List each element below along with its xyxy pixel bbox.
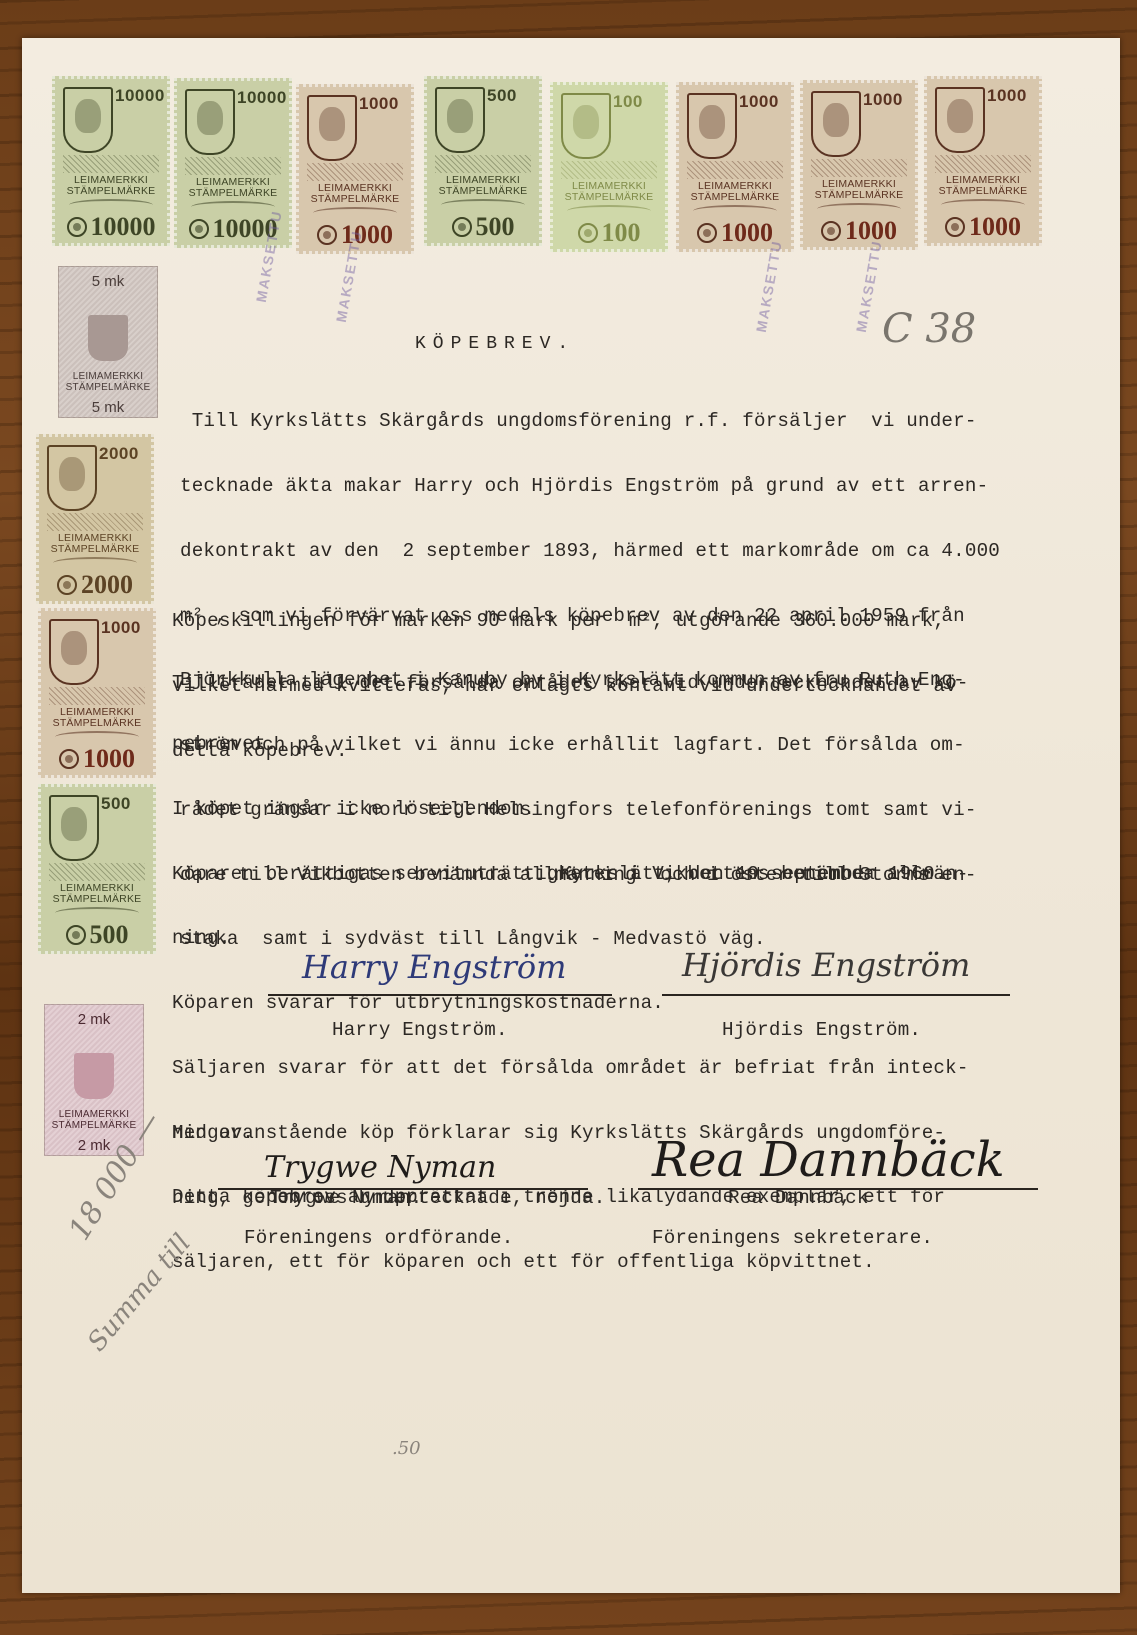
document-page: 10000 LEIMAMERKKI STÄMPELMÄRKE 10000 100… xyxy=(22,38,1120,1593)
typed-name-rea: Rea Dannbäck xyxy=(728,1188,869,1210)
signature-rea: Rea Dannbäck xyxy=(652,1132,1005,1188)
signature-trygwe: Trygwe Nyman xyxy=(264,1150,496,1185)
coat-of-arms-icon xyxy=(811,91,861,157)
coat-of-arms-icon xyxy=(47,445,97,511)
rosette-icon xyxy=(945,217,965,237)
handwritten-reference: C 38 xyxy=(882,306,976,352)
coat-of-arms-icon xyxy=(561,93,611,159)
coat-of-arms-icon xyxy=(49,795,99,861)
pencil-bottom-note: .50 xyxy=(392,1438,421,1459)
revenue-stamp: 100 LEIMAMERKKI STÄMPELMÄRKE 100 xyxy=(550,82,668,252)
coat-of-arms-icon xyxy=(687,93,737,159)
signature-line xyxy=(268,994,612,996)
coat-of-arms-icon xyxy=(74,1053,114,1099)
signature-harry: Harry Engström xyxy=(302,948,566,986)
revenue-stamp-5mk: 5 mk LEIMAMERKKI STÄMPELMÄRKE 5 mk xyxy=(58,266,158,418)
rosette-icon xyxy=(59,749,79,769)
cancellation-mark: MAKSETTU xyxy=(853,238,885,333)
coat-of-arms-icon xyxy=(63,87,113,153)
signature-line xyxy=(662,994,1010,996)
typed-name-harry: Harry Engström. xyxy=(332,1020,508,1042)
revenue-stamp: 1000 LEIMAMERKKI STÄMPELMÄRKE 1000 xyxy=(38,608,156,778)
revenue-stamp: 10000 LEIMAMERKKI STÄMPELMÄRKE 10000 xyxy=(52,76,170,246)
coat-of-arms-icon xyxy=(185,89,235,155)
coat-of-arms-icon xyxy=(88,315,128,361)
rosette-icon xyxy=(189,219,209,239)
revenue-stamp: 500 LEIMAMERKKI STÄMPELMÄRKE 500 xyxy=(38,784,156,954)
rosette-icon xyxy=(452,217,472,237)
document-title: KÖPEBREV. xyxy=(415,334,575,354)
rosette-icon xyxy=(821,221,841,241)
cancellation-mark: MAKSETTU xyxy=(753,238,785,333)
rosette-icon xyxy=(67,217,87,237)
typed-name-hjordis: Hjördis Engström. xyxy=(722,1020,921,1042)
coat-of-arms-icon xyxy=(935,87,985,153)
place-and-date: Kyrkslätt, den 19 september 1960. xyxy=(560,864,947,886)
revenue-stamp: 500 LEIMAMERKKI STÄMPELMÄRKE 500 xyxy=(424,76,542,246)
role-chairman: Föreningens ordförande. xyxy=(244,1228,513,1250)
rosette-icon xyxy=(317,225,337,245)
coat-of-arms-icon xyxy=(307,95,357,161)
rosette-icon xyxy=(66,925,86,945)
revenue-stamp: 2000 LEIMAMERKKI STÄMPELMÄRKE 2000 xyxy=(36,434,154,604)
signature-hjordis: Hjördis Engström xyxy=(682,946,970,984)
revenue-stamp: 1000 LEIMAMERKKI STÄMPELMÄRKE 1000 xyxy=(676,82,794,252)
role-secretary: Föreningens sekreterare. xyxy=(652,1228,933,1250)
coat-of-arms-icon xyxy=(435,87,485,153)
coat-of-arms-icon xyxy=(49,619,99,685)
typed-name-trygwe: Trygwe Nyman. xyxy=(270,1188,422,1210)
revenue-stamp: 1000 LEIMAMERKKI STÄMPELMÄRKE 1000 xyxy=(924,76,1042,246)
rosette-icon xyxy=(57,575,77,595)
revenue-stamp: 1000 LEIMAMERKKI STÄMPELMÄRKE 1000 xyxy=(800,80,918,250)
rosette-icon xyxy=(697,223,717,243)
rosette-icon xyxy=(578,223,598,243)
